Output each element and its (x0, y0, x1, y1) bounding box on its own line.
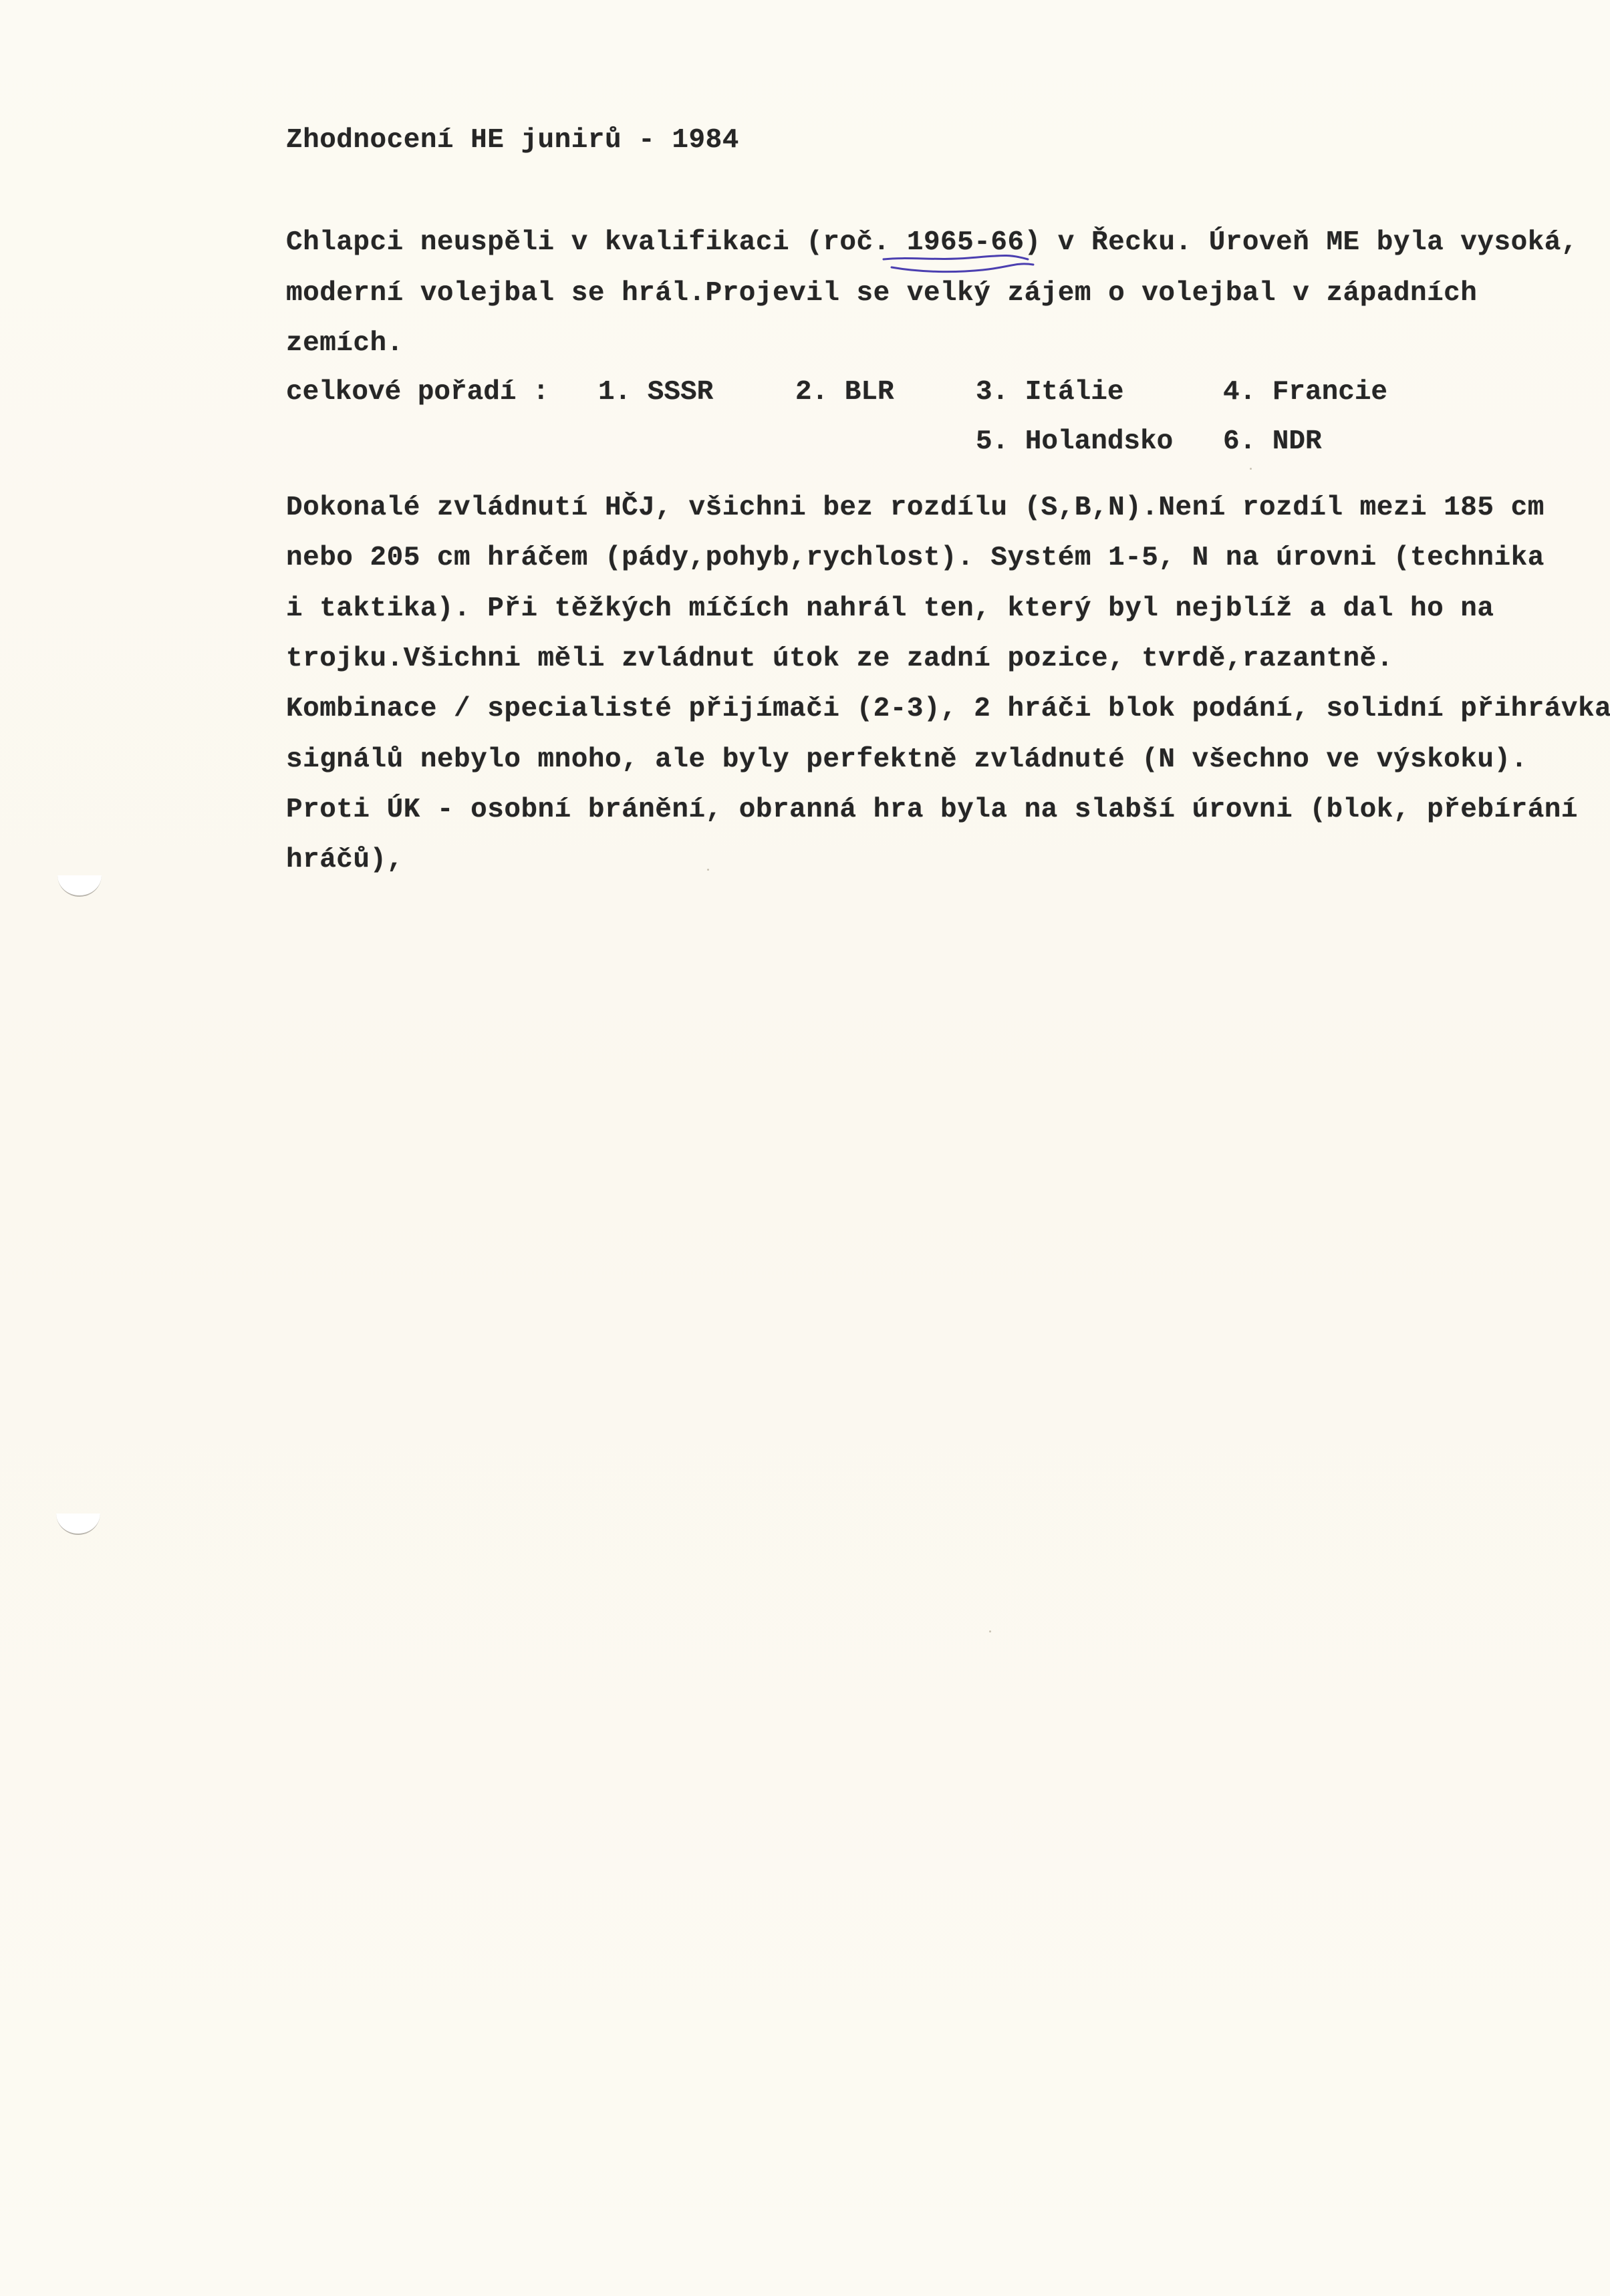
ranking-entry-5: 5. Holandsko (976, 428, 1173, 456)
paragraph-2-line-6: signálů nebylo mnoho, ale byly perfektně… (286, 746, 1528, 774)
paragraph-2-line-5: Kombinace / specialisté přijímači (2-3),… (286, 696, 1610, 723)
paragraph-1-line-2: moderní volejbal se hrál.Projevil se vel… (286, 280, 1477, 307)
paragraph-2-line-3: i taktika). Při těžkých míčích nahrál te… (286, 595, 1494, 623)
paragraph-2-line-2: nebo 205 cm hráčem (pády,pohyb,rychlost)… (286, 545, 1545, 572)
ranking-entry-4: 4. Francie (1223, 379, 1387, 406)
paragraph-2-line-7: Proti ÚK - osobní bránění, obranná hra b… (286, 797, 1578, 824)
paper-speck (989, 1630, 991, 1632)
paragraph-2-line-8: hráčů), (286, 847, 404, 874)
handwritten-underline-annotation (882, 253, 1036, 279)
document-title: Zhodnocení HE junirů - 1984 (286, 127, 739, 154)
ranking-entry-3: 3. Itálie (976, 379, 1123, 406)
punch-hole-bottom (56, 1514, 100, 1535)
ranking-entry-6: 6. NDR (1223, 428, 1322, 456)
paragraph-2-line-4: trojku.Všichni měli zvládnut útok ze zad… (286, 645, 1393, 673)
ranking-label: celkové pořadí : (286, 379, 549, 406)
ranking-entry-2: 2. BLR (795, 379, 894, 406)
paragraph-1-line-3: zemích. (286, 330, 404, 357)
ranking-entry-1: 1. SSSR (598, 379, 713, 406)
document-page: Zhodnocení HE junirů - 1984 Chlapci neus… (0, 0, 1610, 2296)
paper-speck (707, 869, 709, 871)
paragraph-2-line-1: Dokonalé zvládnutí HČJ, všichni bez rozd… (286, 494, 1545, 522)
punch-hole-top (57, 875, 102, 897)
paper-speck (1250, 468, 1252, 470)
